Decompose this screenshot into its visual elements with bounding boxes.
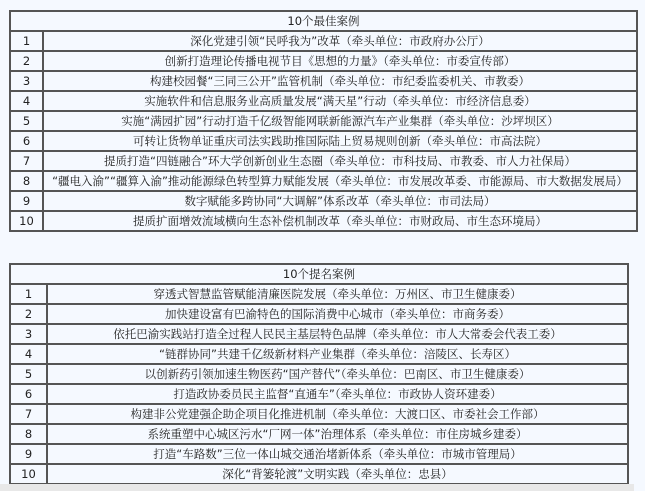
table-title: 10个提名案例 <box>10 264 628 284</box>
row-number: 1 <box>10 31 43 51</box>
table-row: 8“疆电入渝”“疆算入渝”推动能源绿色转型算力赋能发展（牵头单位：市发展改革委、… <box>10 171 637 191</box>
case-text: 系统重塑中心城区污水“厂网一体”治理体系（牵头单位：市住房城乡建委） <box>47 424 628 444</box>
case-text: 以创新药引领加速生物医药“国产替代”（牵头单位：巴南区、市卫生健康委） <box>47 364 628 384</box>
table-row: 2加快建设富有巴渝特色的国际消费中心城市（牵头单位：市商务委） <box>10 304 628 324</box>
table-row: 6可转让货物单证重庆司法实践助推国际陆上贸易规则创新（牵头单位：市高法院） <box>10 131 637 151</box>
row-number: 9 <box>10 444 47 464</box>
row-number: 8 <box>10 171 43 191</box>
row-number: 8 <box>10 424 47 444</box>
row-number: 5 <box>10 111 43 131</box>
case-text: 数字赋能多跨协同“大调解”体系改革（牵头单位：市司法局） <box>43 191 637 211</box>
case-text: 深化“背篓轮渡”文明实践（牵头单位：忠县） <box>47 464 628 484</box>
row-number: 7 <box>10 151 43 171</box>
table-header-row: 10个提名案例 <box>10 264 628 284</box>
case-text: 提质打造“四链融合”环大学创新创业生态圈（牵头单位：市科技局、市教委、市人力社保… <box>43 151 637 171</box>
table-row: 7构建非公党建强企助企项目化推进机制（牵头单位：大渡口区、市委社会工作部） <box>10 404 628 424</box>
row-number: 4 <box>10 91 43 111</box>
case-text: 构建非公党建强企助企项目化推进机制（牵头单位：大渡口区、市委社会工作部） <box>47 404 628 424</box>
nominated-cases-table: 10个提名案例 1穿透式智慧监管赋能清廉医院发展（牵头单位：万州区、市卫生健康委… <box>9 263 629 485</box>
case-text: 深化党建引领“民呼我为”改革（牵头单位：市政府办公厅） <box>43 31 637 51</box>
row-number: 3 <box>10 324 47 344</box>
case-text: “链群协同”共建千亿级新材料产业集群（牵头单位：涪陵区、长寿区） <box>47 344 628 364</box>
case-text: 实施软件和信息服务业高质量发展“满天星”行动（牵头单位：市经济信息委） <box>43 91 637 111</box>
table-row: 10深化“背篓轮渡”文明实践（牵头单位：忠县） <box>10 464 628 484</box>
table-header-row: 10个最佳案例 <box>10 11 637 31</box>
table-row: 9数字赋能多跨协同“大调解”体系改革（牵头单位：市司法局） <box>10 191 637 211</box>
row-number: 10 <box>10 464 47 484</box>
case-text: 加快建设富有巴渝特色的国际消费中心城市（牵头单位：市商务委） <box>47 304 628 324</box>
table-title: 10个最佳案例 <box>10 11 637 31</box>
row-number: 1 <box>10 284 47 304</box>
row-number: 6 <box>10 384 47 404</box>
row-number: 5 <box>10 364 47 384</box>
case-text: 构建校园餐“三同三公开”监管机制（牵头单位：市纪委监委机关、市教委） <box>43 71 637 91</box>
table-row: 1穿透式智慧监管赋能清廉医院发展（牵头单位：万州区、市卫生健康委） <box>10 284 628 304</box>
row-number: 3 <box>10 71 43 91</box>
table-row: 2创新打造理论传播电视节目《思想的力量》（牵头单位：市委宣传部） <box>10 51 637 71</box>
table-row: 10提质扩面增效流域横向生态补偿机制改革（牵头单位：市财政局、市生态环境局） <box>10 211 637 231</box>
horizontal-scrollbar[interactable] <box>0 484 634 491</box>
row-number: 9 <box>10 191 43 211</box>
case-text: 提质扩面增效流域横向生态补偿机制改革（牵头单位：市财政局、市生态环境局） <box>43 211 637 231</box>
case-text: 可转让货物单证重庆司法实践助推国际陆上贸易规则创新（牵头单位：市高法院） <box>43 131 637 151</box>
case-text: 实施“满园扩园”行动打造千亿级智能网联新能源汽车产业集群（牵头单位：沙坪坝区） <box>43 111 637 131</box>
case-text: 创新打造理论传播电视节目《思想的力量》（牵头单位：市委宣传部） <box>43 51 637 71</box>
table-row: 6打造政协委员民主监督“直通车”（牵头单位：市政协人资环建委） <box>10 384 628 404</box>
table-row: 9打造“车路数”三位一体山城交通治堵新体系（牵头单位：市城市管理局） <box>10 444 628 464</box>
table-row: 8系统重塑中心城区污水“厂网一体”治理体系（牵头单位：市住房城乡建委） <box>10 424 628 444</box>
row-number: 4 <box>10 344 47 364</box>
case-text: “疆电入渝”“疆算入渝”推动能源绿色转型算力赋能发展（牵头单位：市发展改革委、市… <box>43 171 637 191</box>
table-row: 4“链群协同”共建千亿级新材料产业集群（牵头单位：涪陵区、长寿区） <box>10 344 628 364</box>
table-row: 7提质打造“四链融合”环大学创新创业生态圈（牵头单位：市科技局、市教委、市人力社… <box>10 151 637 171</box>
table-row: 3依托巴渝实践站打造全过程人民民主基层特色品牌（牵头单位：市人大常委会代表工委） <box>10 324 628 344</box>
row-number: 10 <box>10 211 43 231</box>
case-text: 打造政协委员民主监督“直通车”（牵头单位：市政协人资环建委） <box>47 384 628 404</box>
table-row: 5实施“满园扩园”行动打造千亿级智能网联新能源汽车产业集群（牵头单位：沙坪坝区） <box>10 111 637 131</box>
case-text: 打造“车路数”三位一体山城交通治堵新体系（牵头单位：市城市管理局） <box>47 444 628 464</box>
row-number: 2 <box>10 304 47 324</box>
case-text: 依托巴渝实践站打造全过程人民民主基层特色品牌（牵头单位：市人大常委会代表工委） <box>47 324 628 344</box>
table-row: 3构建校园餐“三同三公开”监管机制（牵头单位：市纪委监委机关、市教委） <box>10 71 637 91</box>
row-number: 6 <box>10 131 43 151</box>
row-number: 2 <box>10 51 43 71</box>
table-row: 5以创新药引领加速生物医药“国产替代”（牵头单位：巴南区、市卫生健康委） <box>10 364 628 384</box>
case-text: 穿透式智慧监管赋能清廉医院发展（牵头单位：万州区、市卫生健康委） <box>47 284 628 304</box>
row-number: 7 <box>10 404 47 424</box>
best-cases-table: 10个最佳案例 1深化党建引领“民呼我为”改革（牵头单位：市政府办公厅） 2创新… <box>9 10 638 232</box>
table-row: 4实施软件和信息服务业高质量发展“满天星”行动（牵头单位：市经济信息委） <box>10 91 637 111</box>
table-row: 1深化党建引领“民呼我为”改革（牵头单位：市政府办公厅） <box>10 31 637 51</box>
